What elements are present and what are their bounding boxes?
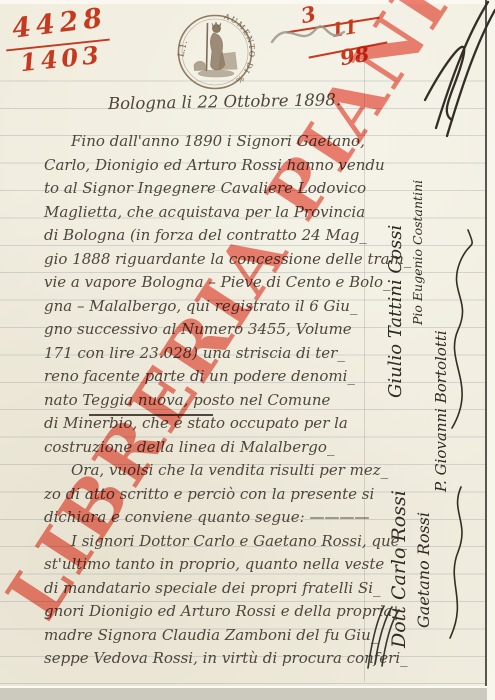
protocol-number-top: 3: [299, 1, 319, 28]
archival-number-top: 4428: [10, 2, 108, 44]
margin-signature-4: Dott Carlo Rossi: [388, 420, 410, 648]
revenue-stamp-seal: AUMENTO DI % L.1.: [170, 8, 260, 98]
scan-right-margin: [487, 0, 495, 700]
scan-bottom-edge: [0, 688, 487, 700]
margin-signature-5: Gaetano Rossi: [414, 450, 433, 628]
margin-signature-2: Pio Eugenio Costantini: [410, 135, 425, 325]
margin-signature-3: P. Giovanni Bortolotti: [432, 187, 450, 492]
manuscript-line: gnori Dionigio ed Arturo Rossi e della p…: [44, 600, 374, 624]
margin-signature-1: Giulio Tattini Cossi: [385, 103, 406, 398]
seated-italia-seal-icon: AUMENTO DI % L.1.: [170, 8, 260, 98]
manuscript-line: madre Signora Claudia Zamboni del fu Giu…: [44, 624, 374, 648]
seal-left-text: L.1.: [176, 40, 189, 58]
manuscript-page: 4428 1403 3 11 98 AUMENTO DI %: [0, 0, 495, 700]
manuscript-line: seppe Vedova Rossi, in virtù di procura …: [44, 647, 374, 671]
